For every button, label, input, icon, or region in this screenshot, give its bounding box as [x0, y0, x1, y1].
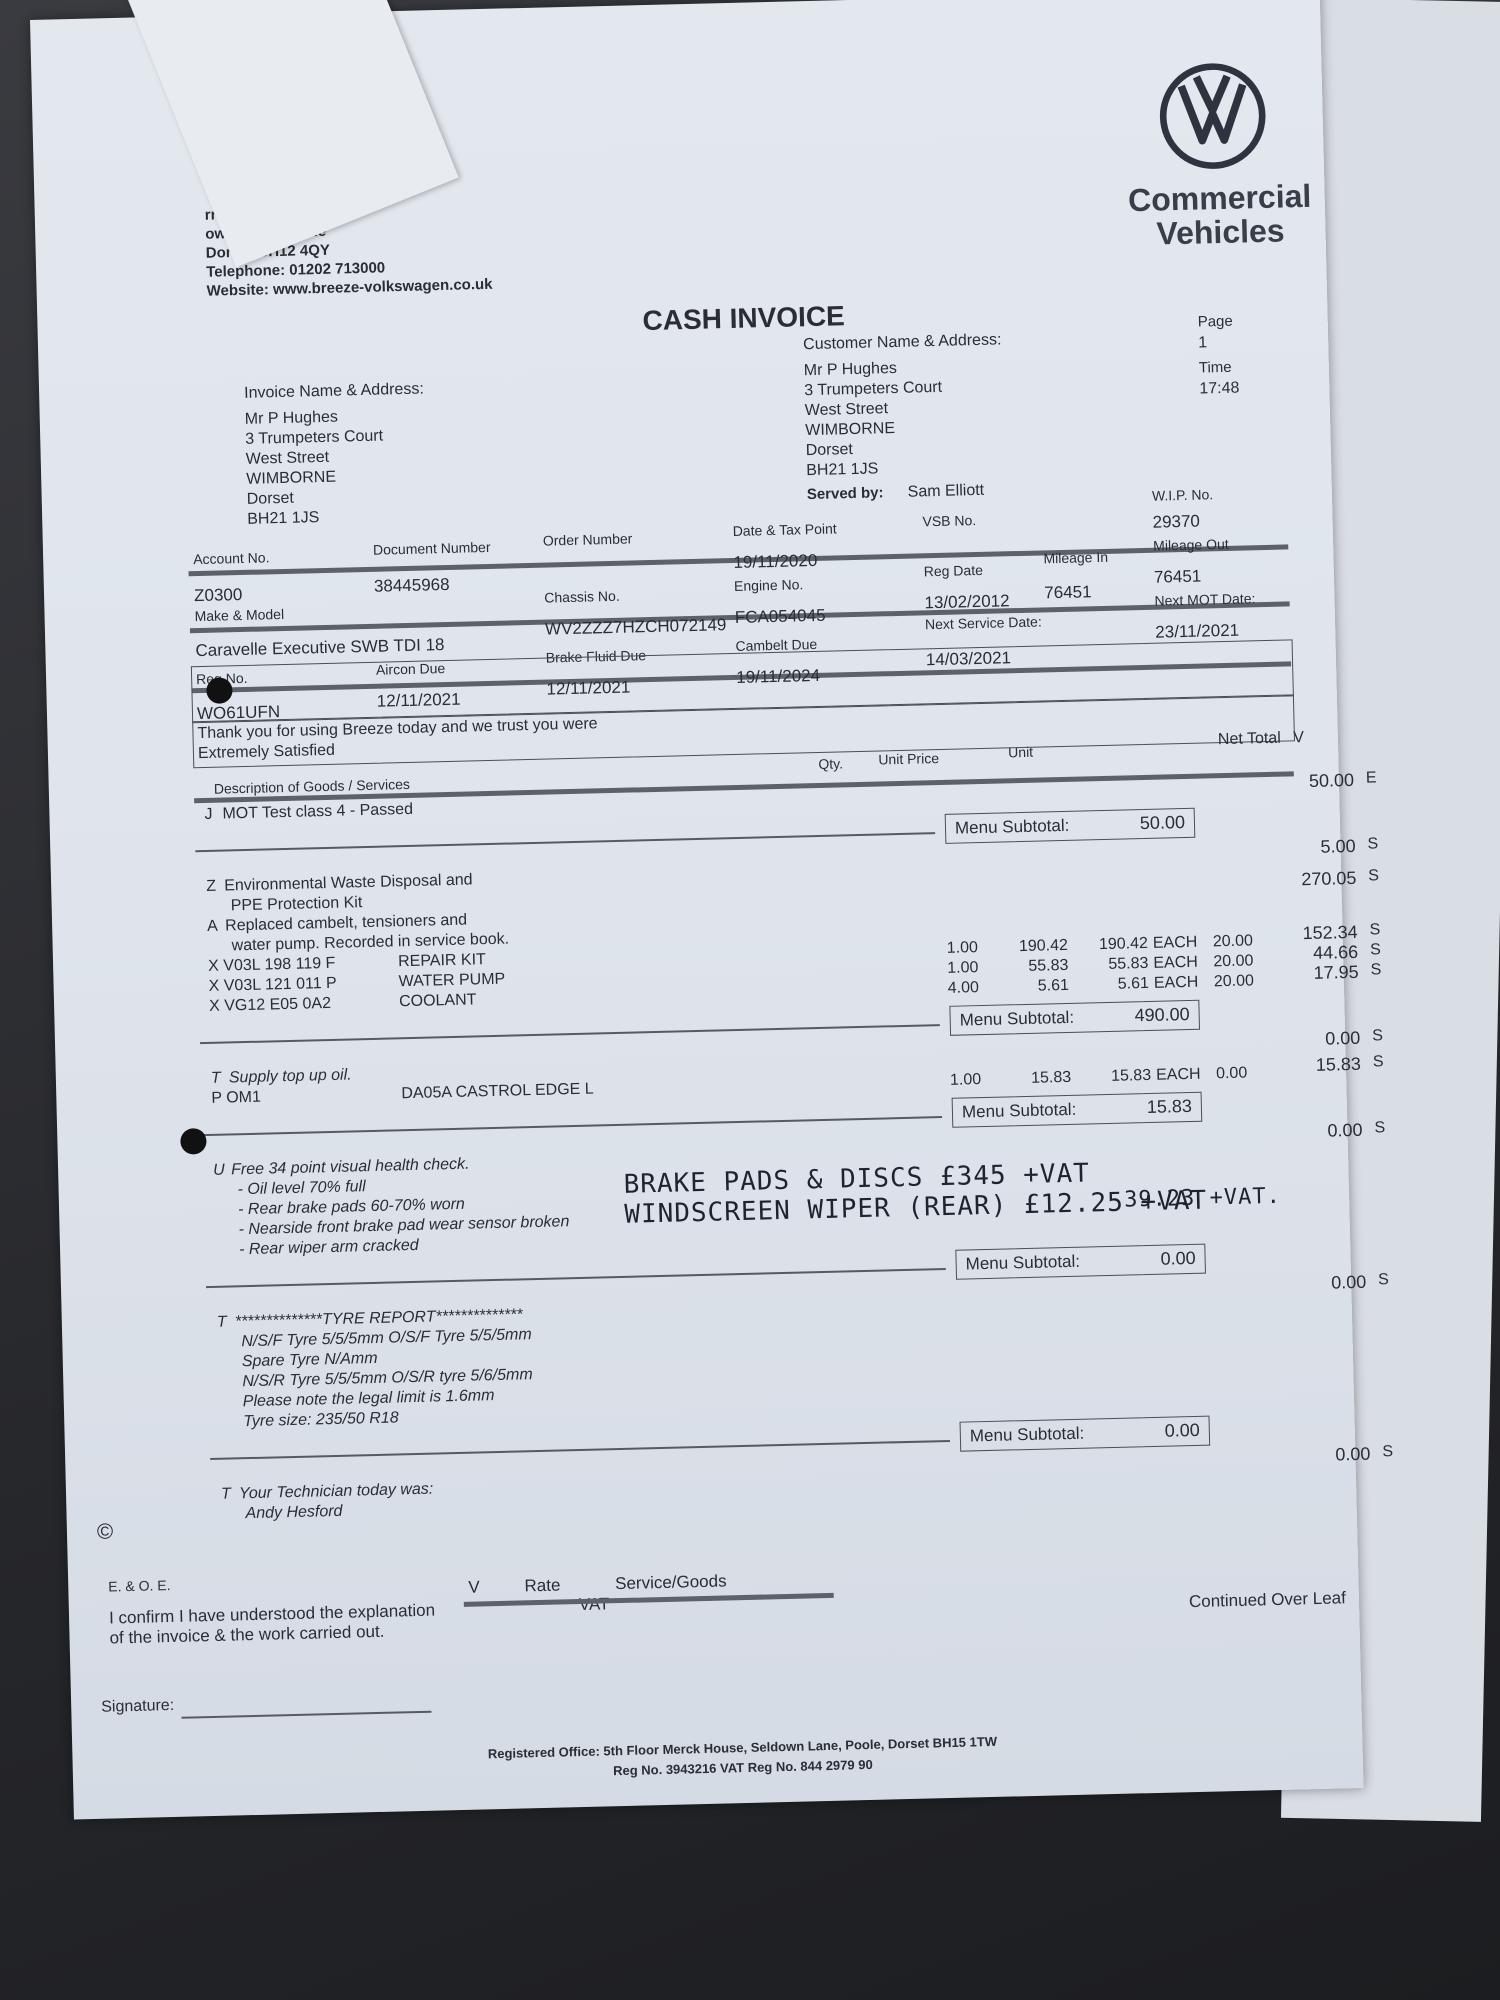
vsb-no-label: VSB No. — [922, 512, 976, 529]
section-divider — [202, 1116, 942, 1136]
part-qty: 4.00 — [899, 979, 979, 999]
line-total-vat: S — [1378, 1271, 1389, 1289]
account-no-value: Z0300 — [194, 585, 243, 606]
part-unit: EACH — [1156, 1066, 1201, 1085]
part-net-vat: S — [1369, 921, 1380, 939]
part-unit: EACH — [1154, 974, 1199, 993]
part-code: P OM1 — [211, 1089, 261, 1108]
brand-line2: Vehicles — [1110, 212, 1331, 251]
make-model-label: Make & Model — [194, 606, 284, 624]
part-qty: 1.00 — [898, 939, 978, 959]
part-unit: EACH — [1153, 934, 1198, 953]
invoice-title: CASH INVOICE — [642, 300, 845, 337]
order-number-label: Order Number — [543, 530, 633, 548]
line-text: PPE Protection Kit — [230, 894, 362, 914]
col-qty: Qty. — [818, 755, 843, 772]
part-unit-price: 190.42 — [988, 937, 1068, 957]
served-by: Served by: Sam Elliott — [807, 482, 985, 504]
line-text: - Rear brake pads 60-70% worn — [238, 1196, 465, 1219]
signature-line[interactable] — [182, 1711, 432, 1719]
line-description: JMOT Test class 4 - Passed — [204, 801, 413, 824]
page-label: Page — [1198, 313, 1233, 331]
time-label: Time — [1199, 359, 1232, 377]
registered-office: Registered Office: 5th Floor Merck House… — [382, 1729, 1103, 1787]
served-by-name: Sam Elliott — [907, 482, 984, 501]
line-total: 0.00 — [1200, 1028, 1360, 1053]
part-desc: REPAIR KIT — [398, 951, 486, 971]
section-divider — [210, 1440, 950, 1460]
line-text: Tyre size: 235/50 R18 — [243, 1409, 399, 1430]
part-desc: WATER PUMP — [398, 971, 505, 992]
part-price: 55.83 — [1078, 955, 1148, 975]
line-total: 0.00 — [1206, 1272, 1366, 1297]
line-text: Free 34 point visual health check. — [231, 1156, 470, 1179]
line-text: MOT Test class 4 - Passed — [222, 801, 413, 823]
part-net-vat: S — [1370, 941, 1381, 959]
line-text: Replaced cambelt, tensioners and — [225, 912, 467, 935]
copyright-icon: © — [97, 1518, 114, 1544]
line-text: - Oil level 70% full — [237, 1178, 365, 1198]
address-line: 3 Trumpeters Court — [804, 378, 942, 401]
customer-address: Mr P Hughes3 Trumpeters CourtWest Street… — [804, 358, 945, 481]
line-description: UFree 34 point visual health check. — [213, 1156, 470, 1180]
invoice-address-label: Invoice Name & Address: — [244, 380, 424, 402]
vat-col-service-goods: Service/Goods — [615, 1571, 727, 1593]
wip-no-label: W.I.P. No. — [1152, 486, 1214, 503]
part-price: 5.61 — [1079, 975, 1149, 995]
chassis-no-value: WV2ZZZ7HZCH072149 — [545, 615, 727, 639]
line-text: Please note the legal limit is 1.6mm — [243, 1387, 495, 1410]
mileage-out-value: 76451 — [1154, 567, 1202, 588]
line-text: Supply top up oil. — [229, 1066, 352, 1086]
part-price: 190.42 — [1078, 935, 1148, 955]
brand-block — [1156, 60, 1269, 178]
line-code: T — [211, 1069, 229, 1087]
next-service-date-label: Next Service Date: — [925, 613, 1042, 632]
mileage-in-value: 76451 — [1044, 582, 1092, 603]
part-desc: COOLANT — [399, 991, 477, 1011]
line-total-vat: S — [1367, 835, 1378, 853]
line-description: Andy Hesford — [221, 1503, 342, 1524]
brand-text: Commercial Vehicles — [1109, 178, 1331, 251]
reg-date-label: Reg Date — [924, 562, 984, 579]
continued-over-leaf: Continued Over Leaf — [1189, 1588, 1346, 1612]
section-divider — [206, 1268, 946, 1288]
vat-col-v: V — [468, 1577, 480, 1596]
document-number-value: 38445968 — [374, 575, 450, 597]
line-code: U — [213, 1161, 231, 1179]
chassis-no-label: Chassis No. — [544, 588, 620, 606]
col-net-total: Net Total V — [1218, 729, 1304, 749]
col-v-label: V — [1293, 729, 1304, 746]
address-line: BH21 1JS — [247, 506, 385, 529]
line-description: Tyre size: 235/50 R18 — [219, 1409, 399, 1431]
line-text: Andy Hesford — [245, 1503, 342, 1522]
col-net-total-label: Net Total — [1218, 730, 1281, 749]
brand-line1: Commercial — [1109, 178, 1330, 217]
part-code: X VG12 E05 0A2 — [209, 995, 331, 1016]
part-qty: 1.00 — [901, 1071, 981, 1091]
customer-address-label: Customer Name & Address: — [803, 331, 1002, 354]
punch-hole — [180, 1128, 207, 1155]
document-number-label: Document Number — [373, 539, 491, 558]
menu-subtotal-label: Menu Subtotal: — [970, 1424, 1085, 1447]
menu-subtotal-label: Menu Subtotal: — [955, 816, 1070, 839]
line-total-vat: S — [1382, 1443, 1393, 1461]
eoe-text: E. & O. E. — [108, 1577, 171, 1595]
page-value: 1 — [1198, 333, 1207, 353]
col-unit: Unit — [1008, 744, 1033, 761]
part-net-vat: S — [1370, 961, 1381, 979]
line-description: ZEnvironmental Waste Disposal and — [206, 871, 473, 896]
part-unit: EACH — [1153, 954, 1198, 973]
line-description: Spare Tyre N/Amm — [218, 1350, 378, 1372]
line-total-vat: E — [1366, 769, 1377, 787]
line-text: Environmental Waste Disposal and — [224, 871, 473, 894]
line-code: A — [207, 918, 225, 936]
invoice-address: Mr P Hughes3 Trumpeters CourtWest Street… — [245, 407, 386, 530]
time-value: 17:48 — [1199, 379, 1240, 400]
line-code: T — [217, 1313, 235, 1331]
menu-subtotal-label: Menu Subtotal: — [959, 1008, 1074, 1031]
part-price: 15.83 — [1081, 1067, 1151, 1087]
part-unit-price: 15.83 — [991, 1069, 1071, 1089]
menu-subtotal-label: Menu Subtotal: — [962, 1100, 1077, 1123]
line-total-vat: S — [1372, 1027, 1383, 1045]
vw-logo-icon — [1156, 60, 1269, 173]
line-text: - Rear wiper arm cracked — [239, 1237, 419, 1258]
reg-date-value: 13/02/2012 — [924, 591, 1010, 613]
line-total: 0.00 — [1210, 1444, 1370, 1469]
line-total-vat: S — [1368, 867, 1379, 885]
part-code: X V03L 198 119 F — [208, 955, 336, 976]
mileage-in-label: Mileage In — [1043, 549, 1108, 567]
handwritten-note: 39.23 +VAT. — [1124, 1184, 1281, 1213]
line-text: Spare Tyre N/Amm — [242, 1350, 378, 1370]
part-net: 15.83 — [1201, 1054, 1361, 1079]
line-total: 0.00 — [1202, 1120, 1362, 1145]
menu-subtotal-value: 50.00 — [1095, 812, 1185, 835]
confirm-text: I confirm I have understood the explanat… — [109, 1601, 436, 1649]
menu-subtotal-label: Menu Subtotal: — [965, 1252, 1080, 1275]
engine-no-value: FCA054045 — [735, 606, 826, 628]
invoice-page: eeze rrow Road ower Park, Poole Dorset B… — [30, 0, 1364, 1819]
line-total-vat: S — [1374, 1119, 1385, 1137]
line-code: Z — [206, 878, 224, 896]
address-line: 3 Trumpeters Court — [245, 427, 383, 450]
address-line: BH21 1JS — [806, 458, 944, 481]
part-desc: DA05A CASTROL EDGE L — [401, 1081, 594, 1104]
vat-col-vat: VAT — [579, 1594, 610, 1614]
signature-label: Signature: — [101, 1697, 174, 1717]
section-divider — [195, 832, 935, 852]
line-description: - Oil level 70% full — [213, 1178, 365, 1200]
line-description: - Rear wiper arm cracked — [215, 1237, 419, 1260]
account-no-label: Account No. — [193, 549, 270, 567]
line-description: PPE Protection Kit — [207, 894, 363, 916]
menu-subtotal-value: 0.00 — [1105, 1248, 1195, 1271]
make-model-value: Caravelle Executive SWB TDI 18 — [195, 635, 445, 661]
line-total: 50.00 — [1194, 770, 1354, 795]
line-description: TSupply top up oil. — [211, 1066, 352, 1087]
date-tax-point-label: Date & Tax Point — [732, 520, 836, 539]
menu-subtotal-value: 490.00 — [1099, 1004, 1189, 1027]
part-unit-price: 5.61 — [989, 977, 1069, 997]
wip-no-value: 29370 — [1152, 512, 1200, 533]
vat-col-rate: Rate — [524, 1576, 560, 1596]
line-code: J — [204, 806, 222, 824]
mileage-out-label: Mileage Out — [1153, 536, 1229, 554]
part-net-vat: S — [1373, 1053, 1384, 1071]
engine-no-label: Engine No. — [734, 576, 804, 594]
col-unit-price: Unit Price — [878, 750, 939, 767]
date-tax-point-value: 19/11/2020 — [733, 551, 817, 573]
line-description: TYour Technician today was: — [221, 1481, 434, 1504]
part-qty: 1.00 — [898, 959, 978, 979]
served-by-label: Served by: — [807, 484, 884, 503]
line-total: 270.05 — [1196, 868, 1356, 893]
line-code: T — [221, 1485, 239, 1503]
part-unit-price: 55.83 — [988, 957, 1068, 977]
next-mot-date-value: 23/11/2021 — [1155, 621, 1239, 643]
line-total: 5.00 — [1195, 836, 1355, 861]
next-mot-date-label: Next MOT Date: — [1154, 590, 1255, 608]
part-net: 17.95 — [1198, 962, 1358, 987]
section-divider — [200, 1024, 940, 1044]
menu-subtotal-value: 15.83 — [1102, 1096, 1192, 1119]
menu-subtotal-value: 0.00 — [1110, 1420, 1200, 1443]
part-code: X V03L 121 011 P — [208, 975, 337, 996]
line-text: Your Technician today was: — [239, 1481, 434, 1503]
